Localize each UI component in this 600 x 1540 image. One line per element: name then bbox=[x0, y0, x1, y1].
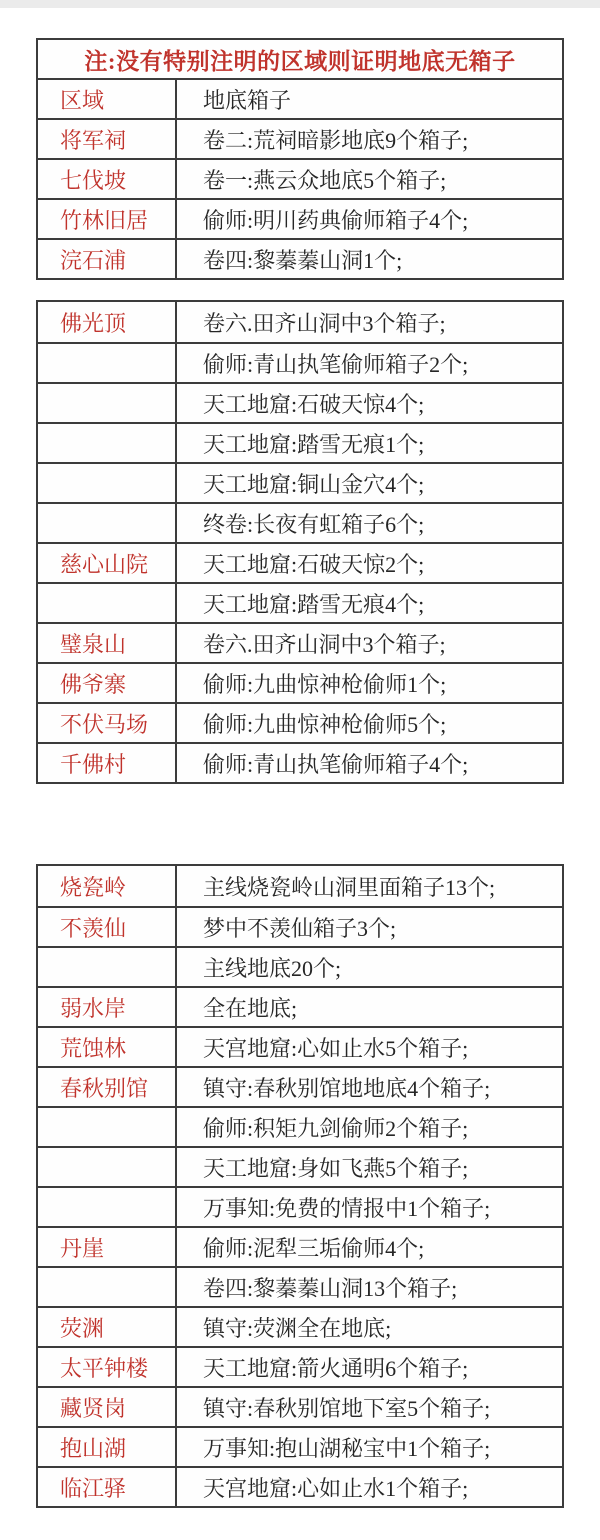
region-cell: 不伏马场 bbox=[38, 704, 177, 742]
region-cell bbox=[38, 1268, 177, 1306]
table-row: 荒蚀林天宫地窟:心如止水5个箱子; bbox=[38, 1026, 562, 1066]
table-row: 七伐坡卷一:燕云众地底5个箱子; bbox=[38, 158, 562, 198]
table-row: 卷四:黎蓁蓁山洞13个箱子; bbox=[38, 1266, 562, 1306]
table-row: 偷师:积矩九剑偷师2个箱子; bbox=[38, 1106, 562, 1146]
region-cell bbox=[38, 584, 177, 622]
table-row: 太平钟楼天工地窟:箭火通明6个箱子; bbox=[38, 1346, 562, 1386]
detail-cell: 卷四:黎蓁蓁山洞1个; bbox=[177, 240, 562, 278]
region-cell: 浣石浦 bbox=[38, 240, 177, 278]
table-row: 荧渊镇守:荧渊全在地底; bbox=[38, 1306, 562, 1346]
detail-cell: 主线地底20个; bbox=[177, 948, 562, 986]
detail-cell: 偷师:泥犁三垢偷师4个; bbox=[177, 1228, 562, 1266]
table-row: 临江驿天宫地窟:心如止水1个箱子; bbox=[38, 1466, 562, 1506]
region-cell: 临江驿 bbox=[38, 1468, 177, 1506]
table-row: 终卷:长夜有虹箱子6个; bbox=[38, 502, 562, 542]
detail-cell: 镇守:春秋别馆地地底4个箱子; bbox=[177, 1068, 562, 1106]
detail-cell: 万事知:免费的情报中1个箱子; bbox=[177, 1188, 562, 1226]
detail-cell: 偷师:九曲惊神枪偷师5个; bbox=[177, 704, 562, 742]
table-row: 佛光顶卷六.田齐山洞中3个箱子; bbox=[38, 302, 562, 342]
table-row: 不伏马场偷师:九曲惊神枪偷师5个; bbox=[38, 702, 562, 742]
table-row: 璧泉山卷六.田齐山洞中3个箱子; bbox=[38, 622, 562, 662]
region-cell: 荒蚀林 bbox=[38, 1028, 177, 1066]
region-cell: 不羡仙 bbox=[38, 908, 177, 946]
region-cell: 弱水岸 bbox=[38, 988, 177, 1026]
table-row: 天工地窟:身如飞燕5个箱子; bbox=[38, 1146, 562, 1186]
detail-cell: 卷一:燕云众地底5个箱子; bbox=[177, 160, 562, 198]
table-note: 注:没有特别注明的区域则证明地底无箱子 bbox=[38, 40, 562, 78]
detail-cell: 镇守:荧渊全在地底; bbox=[177, 1308, 562, 1346]
region-cell: 抱山湖 bbox=[38, 1428, 177, 1466]
table-row: 偷师:青山执笔偷师箱子2个; bbox=[38, 342, 562, 382]
table-row: 抱山湖万事知:抱山湖秘宝中1个箱子; bbox=[38, 1426, 562, 1466]
detail-cell: 偷师:积矩九剑偷师2个箱子; bbox=[177, 1108, 562, 1146]
detail-cell: 卷二:荒祠暗影地底9个箱子; bbox=[177, 120, 562, 158]
detail-cell: 卷六.田齐山洞中3个箱子; bbox=[177, 624, 562, 662]
detail-cell: 全在地底; bbox=[177, 988, 562, 1026]
region-cell bbox=[38, 1148, 177, 1186]
detail-cell: 终卷:长夜有虹箱子6个; bbox=[177, 504, 562, 542]
region-cell: 春秋别馆 bbox=[38, 1068, 177, 1106]
table-segment-3: 烧瓷岭主线烧瓷岭山洞里面箱子13个;不羡仙梦中不羡仙箱子3个;主线地底20个;弱… bbox=[36, 864, 564, 1508]
table-row: 区域地底箱子 bbox=[38, 78, 562, 118]
region-cell bbox=[38, 1188, 177, 1226]
table-row: 春秋别馆镇守:春秋别馆地地底4个箱子; bbox=[38, 1066, 562, 1106]
table-row: 佛爷寨偷师:九曲惊神枪偷师1个; bbox=[38, 662, 562, 702]
detail-cell: 天工地窟:铜山金穴4个; bbox=[177, 464, 562, 502]
detail-cell: 天工地窟:踏雪无痕1个; bbox=[177, 424, 562, 462]
region-cell: 区域 bbox=[38, 80, 177, 118]
detail-cell: 卷四:黎蓁蓁山洞13个箱子; bbox=[177, 1268, 562, 1306]
region-cell bbox=[38, 344, 177, 382]
region-cell bbox=[38, 948, 177, 986]
detail-cell: 偷师:青山执笔偷师箱子2个; bbox=[177, 344, 562, 382]
detail-cell: 天工地窟:身如飞燕5个箱子; bbox=[177, 1148, 562, 1186]
table-row: 天工地窟:石破天惊4个; bbox=[38, 382, 562, 422]
table-row: 天工地窟:踏雪无痕4个; bbox=[38, 582, 562, 622]
region-cell: 藏贤岗 bbox=[38, 1388, 177, 1426]
detail-cell: 天工地窟:踏雪无痕4个; bbox=[177, 584, 562, 622]
detail-cell: 天工地窟:箭火通明6个箱子; bbox=[177, 1348, 562, 1386]
detail-cell: 卷六.田齐山洞中3个箱子; bbox=[177, 302, 562, 342]
table-row: 将军祠卷二:荒祠暗影地底9个箱子; bbox=[38, 118, 562, 158]
region-cell: 荧渊 bbox=[38, 1308, 177, 1346]
region-cell bbox=[38, 464, 177, 502]
table-row: 弱水岸全在地底; bbox=[38, 986, 562, 1026]
detail-cell: 天宫地窟:心如止水1个箱子; bbox=[177, 1468, 562, 1506]
detail-cell: 万事知:抱山湖秘宝中1个箱子; bbox=[177, 1428, 562, 1466]
region-cell: 丹崖 bbox=[38, 1228, 177, 1266]
table-row: 竹林旧居偷师:明川药典偷师箱子4个; bbox=[38, 198, 562, 238]
region-cell bbox=[38, 1108, 177, 1146]
region-cell bbox=[38, 424, 177, 462]
detail-cell: 偷师:青山执笔偷师箱子4个; bbox=[177, 744, 562, 782]
detail-cell: 偷师:明川药典偷师箱子4个; bbox=[177, 200, 562, 238]
table-row: 千佛村偷师:青山执笔偷师箱子4个; bbox=[38, 742, 562, 782]
detail-cell: 主线烧瓷岭山洞里面箱子13个; bbox=[177, 866, 562, 906]
detail-cell: 地底箱子 bbox=[177, 80, 562, 118]
region-cell bbox=[38, 504, 177, 542]
table-segment-1: 注:没有特别注明的区域则证明地底无箱子 区域地底箱子将军祠卷二:荒祠暗影地底9个… bbox=[36, 38, 564, 280]
region-cell: 七伐坡 bbox=[38, 160, 177, 198]
region-cell: 千佛村 bbox=[38, 744, 177, 782]
region-cell: 烧瓷岭 bbox=[38, 866, 177, 906]
table-row: 烧瓷岭主线烧瓷岭山洞里面箱子13个; bbox=[38, 866, 562, 906]
detail-cell: 天工地窟:石破天惊4个; bbox=[177, 384, 562, 422]
detail-cell: 镇守:春秋别馆地下室5个箱子; bbox=[177, 1388, 562, 1426]
region-cell: 璧泉山 bbox=[38, 624, 177, 662]
table-row: 慈心山院天工地窟:石破天惊2个; bbox=[38, 542, 562, 582]
table-row: 藏贤岗镇守:春秋别馆地下室5个箱子; bbox=[38, 1386, 562, 1426]
table-row: 丹崖偷师:泥犁三垢偷师4个; bbox=[38, 1226, 562, 1266]
region-cell: 竹林旧居 bbox=[38, 200, 177, 238]
table-segment-2: 佛光顶卷六.田齐山洞中3个箱子;偷师:青山执笔偷师箱子2个;天工地窟:石破天惊4… bbox=[36, 300, 564, 784]
table-row: 天工地窟:铜山金穴4个; bbox=[38, 462, 562, 502]
page-top-divider bbox=[0, 0, 600, 8]
detail-cell: 天宫地窟:心如止水5个箱子; bbox=[177, 1028, 562, 1066]
detail-cell: 天工地窟:石破天惊2个; bbox=[177, 544, 562, 582]
table-row: 万事知:免费的情报中1个箱子; bbox=[38, 1186, 562, 1226]
table-row: 浣石浦卷四:黎蓁蓁山洞1个; bbox=[38, 238, 562, 278]
region-cell: 将军祠 bbox=[38, 120, 177, 158]
table-row: 不羡仙梦中不羡仙箱子3个; bbox=[38, 906, 562, 946]
table-row: 主线地底20个; bbox=[38, 946, 562, 986]
table-row: 天工地窟:踏雪无痕1个; bbox=[38, 422, 562, 462]
region-cell: 佛爷寨 bbox=[38, 664, 177, 702]
region-cell: 佛光顶 bbox=[38, 302, 177, 342]
detail-cell: 偷师:九曲惊神枪偷师1个; bbox=[177, 664, 562, 702]
detail-cell: 梦中不羡仙箱子3个; bbox=[177, 908, 562, 946]
region-cell bbox=[38, 384, 177, 422]
region-cell: 慈心山院 bbox=[38, 544, 177, 582]
region-cell: 太平钟楼 bbox=[38, 1348, 177, 1386]
